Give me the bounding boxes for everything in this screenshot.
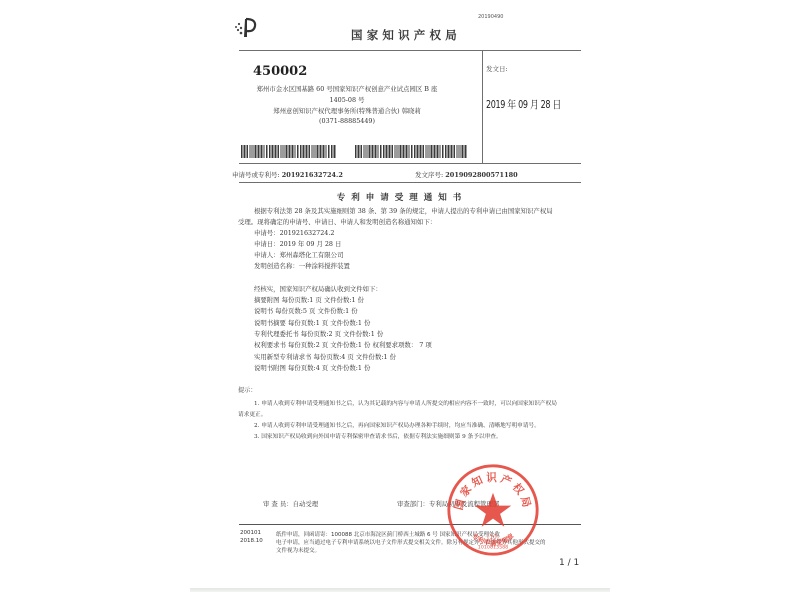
serial-number-label: 发文序号:	[415, 171, 443, 179]
received-document-row: 权利要求书 每份页数:2 页 文件份数:1 份 权利要求项数： 7 项	[254, 340, 432, 350]
serial-number: 2019092800571180	[445, 171, 517, 179]
barcode-application	[241, 145, 336, 158]
notice-field-value: 2019 年 09 月 28 日	[280, 240, 342, 248]
notice-title: 专利申请受理通知书	[232, 191, 572, 203]
received-document-row: 说明书 每份页数:5 页 文件份数:1 份	[254, 306, 358, 316]
notice-field-value: 201921632724.2	[280, 229, 335, 237]
form-code: 200101	[240, 530, 261, 536]
notice-field: 发明创造名称：一种涂料搅拌装置	[254, 261, 350, 271]
notice-field-label: 申请号：	[254, 229, 280, 237]
hints-title: 提示：	[238, 386, 257, 396]
received-document-row: 说明书附图 每份页数:4 页 文件份数:1 份	[254, 363, 370, 373]
notice-field: 申请人：郑州森塔化工有限公司	[254, 250, 343, 260]
intro-text: 根据专利法第 28 条及其实施细则第 38 条、第 39 条的规定，申请人提出的…	[254, 206, 553, 216]
received-document-row: 摘要附图 每份页数:1 页 文件份数:1 份	[254, 295, 364, 305]
received-document-row: 实用新型专利请求书 每份页数:4 页 文件份数:1 份	[254, 352, 396, 362]
barcode-divider	[239, 163, 581, 164]
hint-item: 3. 国家知识产权局收到向外国申请专利保密审查请求书后，依据专利法实施细则第 9…	[254, 431, 502, 440]
page-number: 1 / 1	[559, 558, 579, 568]
footer-line: 文件视为未提交。	[276, 546, 320, 554]
barcode-serial	[355, 145, 467, 158]
address-line: (0371-88885449)	[232, 117, 462, 125]
serial-number-line: 发文序号: 2019092800571180	[415, 170, 518, 179]
ids-divider	[239, 182, 581, 183]
svg-text:(10): (10)	[487, 535, 499, 541]
column-divider	[482, 50, 483, 163]
form-version: 2018.10	[240, 538, 263, 544]
intro-text: 受理。现将确定的申请号、申请日、申请人和发明创造名称通知如下：	[238, 217, 436, 227]
application-number-label: 申请号或专利号:	[232, 171, 280, 179]
agency-name: 国家知识产权局	[351, 27, 461, 43]
notice-field-value: 一种涂料搅拌装置	[299, 262, 350, 270]
issue-date-label: 发文日:	[486, 64, 508, 73]
notice-field-label: 申请日：	[254, 240, 280, 248]
svg-text:1010813588: 1010813588	[478, 544, 508, 550]
hint-item: 2. 申请人收到专利申请受理通知书之后，再向国家知识产权局办理各种手续时，均应当…	[254, 420, 540, 429]
received-document-row: 说明书摘要 每份页数:1 页 文件份数:1 份	[254, 318, 370, 328]
examiner: 审 查 员：自动受理	[263, 499, 318, 508]
official-seal-icon: 国家知识产权局 专利申请受理章 (10) 1010813588	[445, 462, 541, 558]
notice-field-label: 申请人：	[254, 251, 280, 259]
received-document-row: 专利代理委托书 每份页数:2 页 文件份数:1 份	[254, 329, 383, 339]
notice-field-label: 发明创造名称：	[254, 262, 299, 270]
notice-field: 申请号：201921632724.2	[254, 228, 334, 238]
document-id: 20190490	[478, 14, 503, 20]
cnipa-logo-icon	[232, 13, 258, 39]
application-number-line: 申请号或专利号: 201921632724.2	[232, 170, 343, 179]
page-edge-shadow	[190, 588, 610, 592]
address-line: 郑州意创知识产权代理事务所(特殊普通合伙) 韩晓莉	[232, 106, 462, 115]
hint-item: 请求更正。	[238, 409, 266, 418]
address-line: 1405-08 号	[232, 95, 462, 104]
verify-intro: 经核实，国家知识产权局确认收到文件如下：	[254, 284, 382, 294]
postcode: 450002	[253, 64, 307, 79]
address-line: 郑州市金水区国基路 60 号国家知识产权创意产业试点园区 B 座	[232, 84, 462, 93]
issue-date: 2019 年 09 月 28 日	[486, 97, 561, 112]
header-divider	[239, 50, 581, 51]
notice-field: 申请日：2019 年 09 月 28 日	[254, 239, 341, 249]
hint-item: 1. 申请人收到专利申请受理通知书之后，认为其记载的内容与申请人所提交的相应内容…	[254, 398, 557, 407]
notice-field-value: 郑州森塔化工有限公司	[280, 251, 344, 259]
application-number: 201921632724.2	[282, 171, 343, 179]
